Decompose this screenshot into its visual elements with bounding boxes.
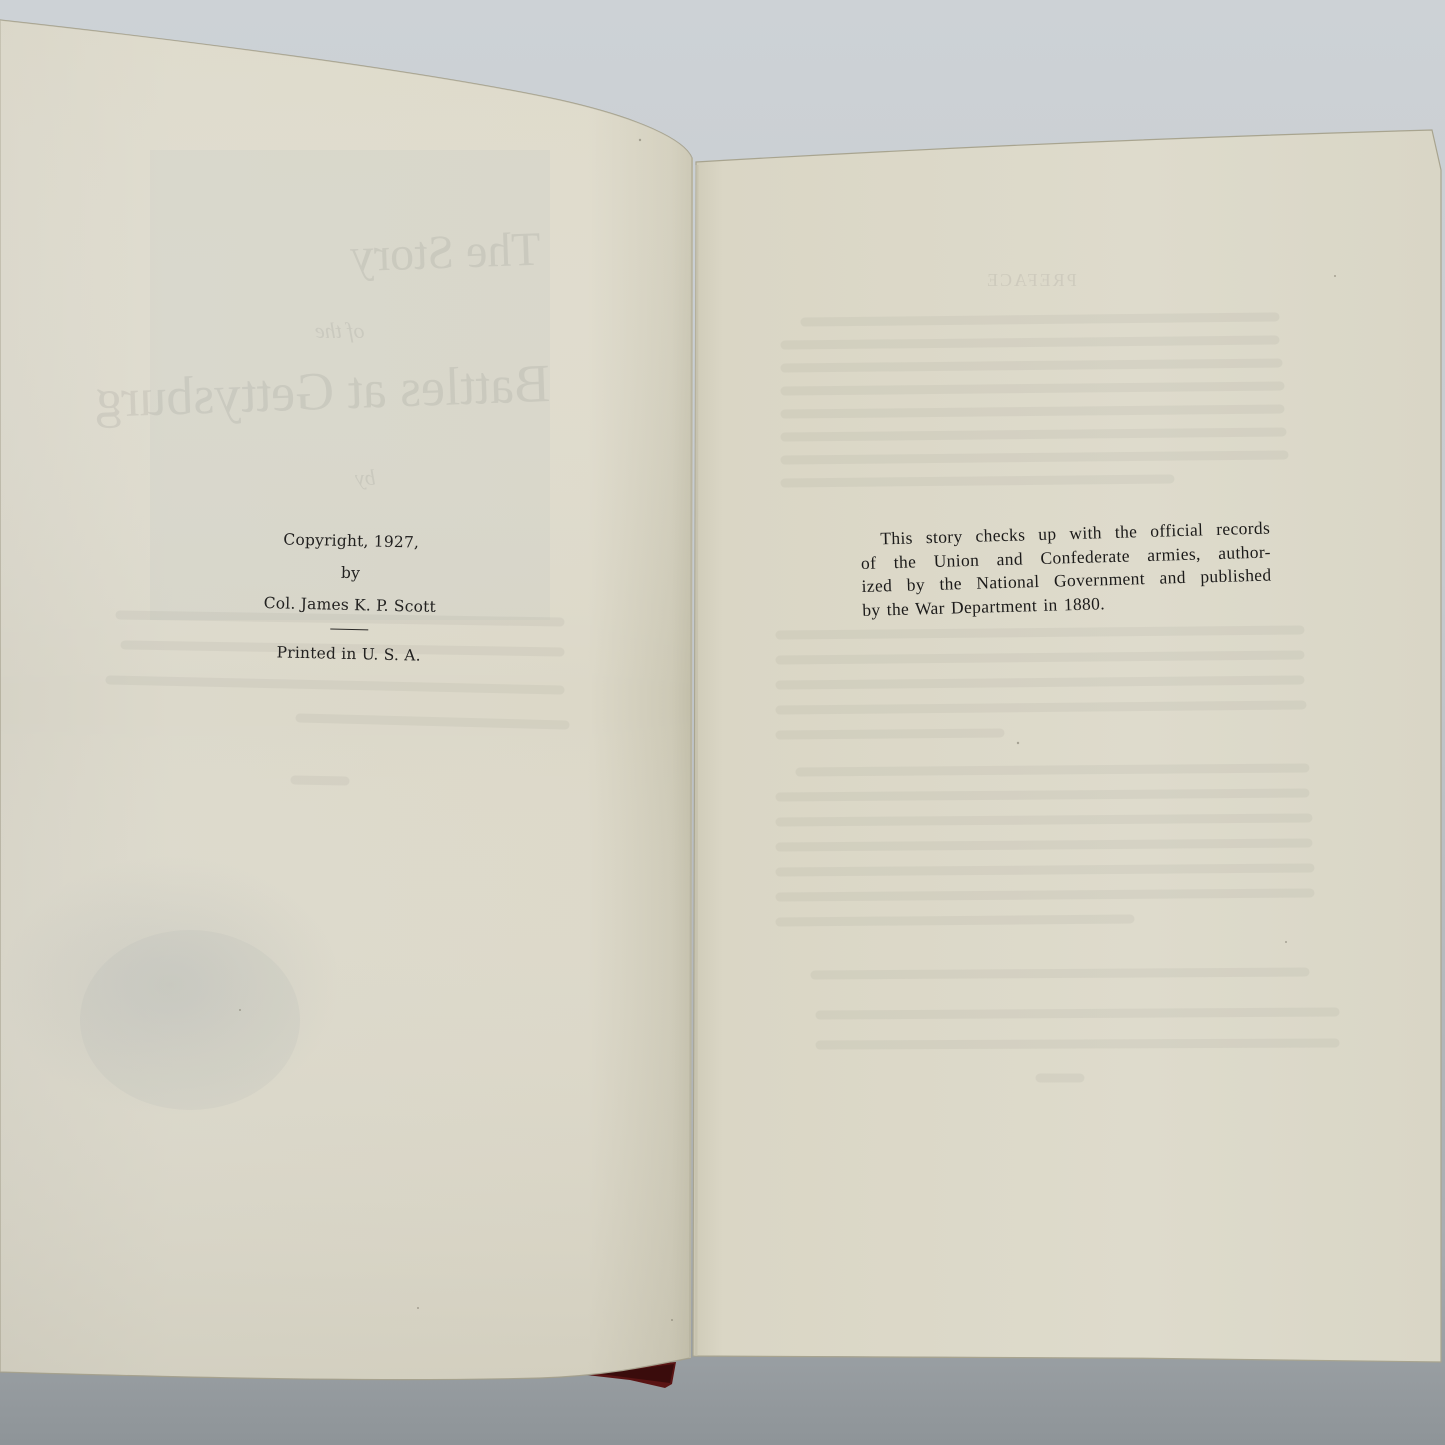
copyright-block: Copyright, 1927, by Col. James K. P. Sco…: [223, 522, 476, 673]
author-line: Col. James K. P. Scott: [224, 586, 475, 624]
statement-paragraph: This story checks up with the official r…: [860, 516, 1282, 622]
open-book-photo: The Story of the Battles at Gettysburg b…: [0, 0, 1445, 1445]
divider-rule: [330, 629, 368, 631]
printed-in-line: Printed in U. S. A.: [223, 635, 474, 673]
show-through-lines: [0, 0, 1445, 1445]
